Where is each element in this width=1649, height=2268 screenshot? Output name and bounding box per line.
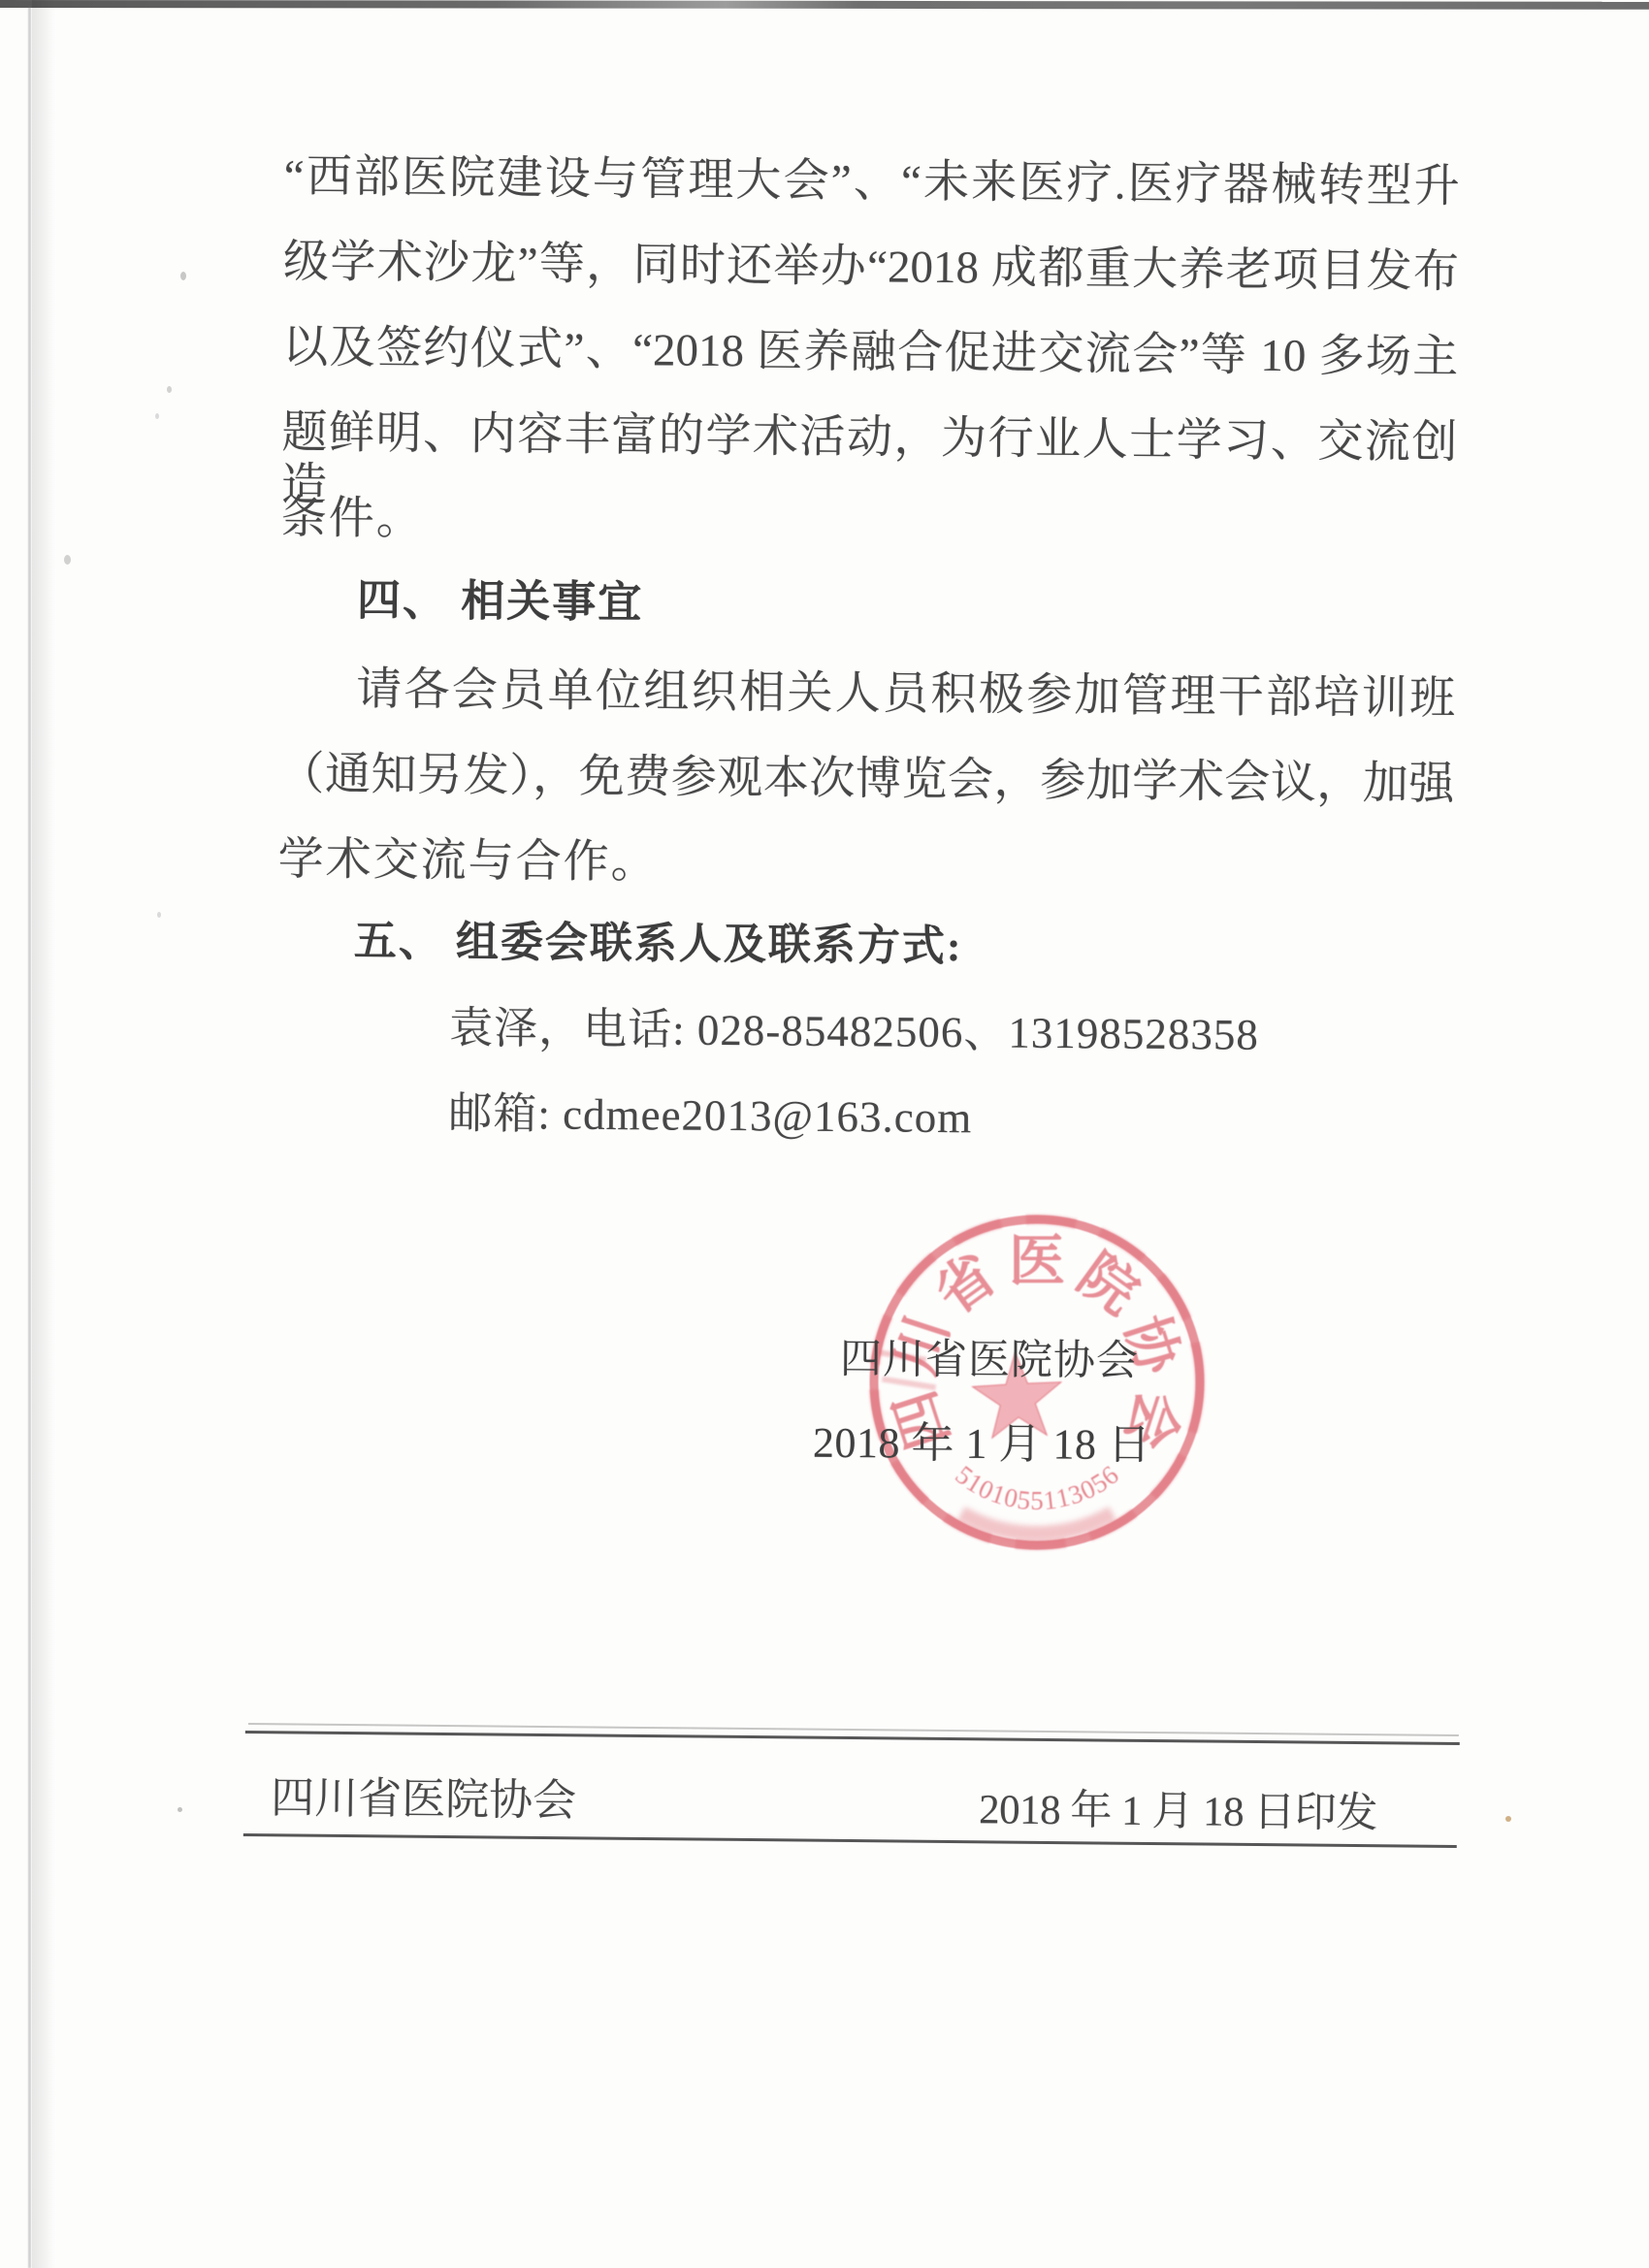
signature-date: 2018 年 1 月 18 日 (813, 1408, 1151, 1472)
scanned-document-page: “西部医院建设与管理大会”、“未来医疗.医疗器械转型升 级学术沙龙”等，同时还举… (0, 0, 1649, 2268)
signature-organization: 四川省医院协会 (840, 1326, 1139, 1387)
paragraph2-line2: （通知另发），免费参观本次博览会，参加学术会议，加强 (278, 748, 1454, 811)
footer-print-date: 2018 年 1 月 18 日印发 (979, 1776, 1377, 1839)
footer-issuer: 四川省医院协会 (271, 1762, 577, 1828)
contact-email-line: 邮箱: cdmee2013@163.com (448, 1089, 972, 1144)
seal-ring-char: 医 (1009, 1230, 1065, 1293)
paragraph1-line2: 级学术沙龙”等，同时还举办“2018 成都重大养老项目发布 (283, 236, 1459, 299)
section5-heading: 五、 组委会联系人及联系方式: (354, 918, 963, 972)
document-footer: 四川省医院协会 2018 年 1 月 18 日印发 (242, 1715, 1465, 1872)
paragraph2-line1: 请各会员单位组织相关人员积极参加管理干部培训班 (356, 664, 1455, 726)
paragraph1-line4: 题鲜明、内容丰富的学术活动，为行业人士学习、交流创造 (281, 406, 1458, 522)
contact-phone-line: 袁泽，电话: 028-85482506、13198528358 (449, 1004, 1259, 1061)
paragraph1-line1: “西部医院建设与管理大会”、“未来医疗.医疗器械转型升 (284, 150, 1460, 213)
scan-speck-tan (1505, 1816, 1511, 1822)
paragraph1-line5: 条件。 (281, 492, 424, 545)
paragraph2-line3: 学术交流与合作。 (277, 833, 658, 889)
section4-heading: 四、 相关事宜 (357, 576, 644, 629)
paragraph1-line3: 以及签约仪式”、“2018 医养融合促进交流会”等 10 多场主 (282, 321, 1458, 384)
scan-speck (178, 1807, 182, 1812)
document-body: “西部医院建设与管理大会”、“未来医疗.医疗器械转型升 级学术沙龙”等，同时还举… (0, 0, 1649, 1273)
